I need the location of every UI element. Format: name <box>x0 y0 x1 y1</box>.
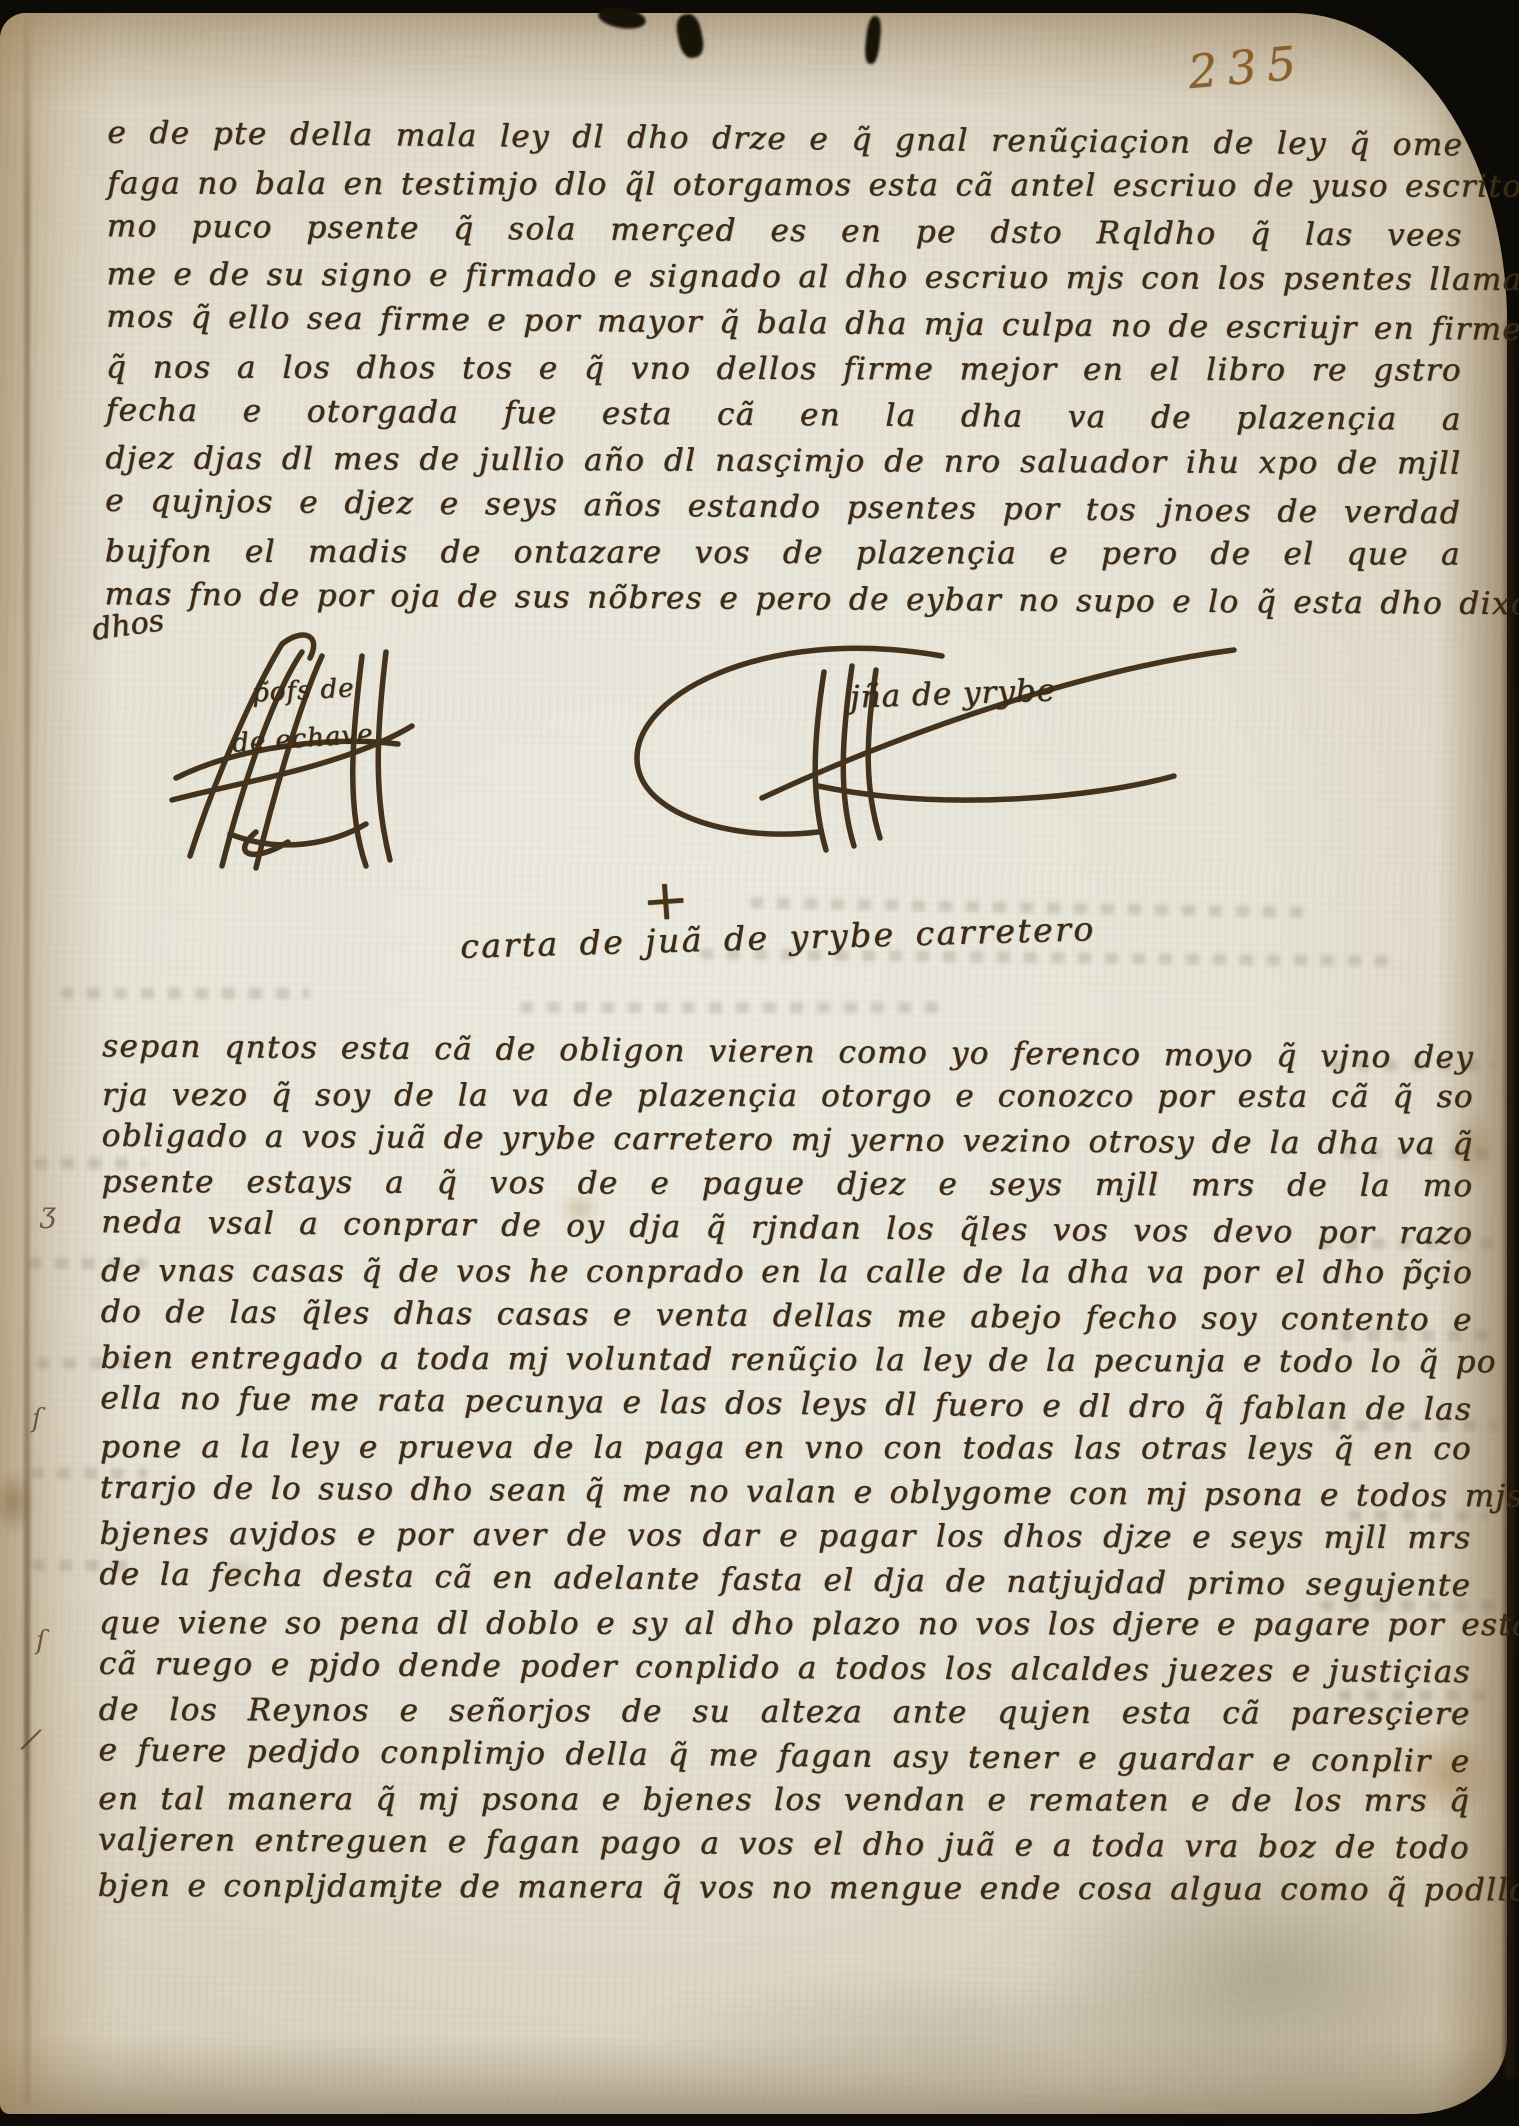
manuscript-line: bien entregado a toda mj voluntad renũçi… <box>101 1336 1473 1384</box>
manuscript-line: faga no bala en testimjo dlo q̃l otorgam… <box>107 160 1463 209</box>
manuscript-line: de la fecha desta cã en adelante fasta e… <box>99 1552 1471 1607</box>
manuscript-line: valjeren entreguen e fagan pago a vos el… <box>98 1818 1470 1870</box>
manuscript-line: trarjo de lo suso dho sean q̃ me no vala… <box>100 1466 1472 1518</box>
manuscript-line: cã ruego e pjdo dende poder conplido a t… <box>99 1642 1471 1694</box>
manuscript-photo: { "folio_number": "235", "colors": { "in… <box>0 0 1519 2126</box>
foxing-patch <box>640 1975 1280 2085</box>
manuscript-line: pone a la ley e prueva de la paga en vno… <box>100 1425 1472 1471</box>
manuscript-line: de los Reynos e señorjos de su alteza an… <box>99 1688 1471 1736</box>
bleed-through-line <box>60 988 310 999</box>
manuscript-line: bjen e conpljdamjte de manera q̃ vos no … <box>98 1864 1470 1912</box>
binding-crease <box>24 14 30 2104</box>
bleed-through-line <box>520 1002 940 1013</box>
rubric-flourish-icon <box>612 636 1262 871</box>
manuscript-line: bjenes avjdos e por aver de vos dar e pa… <box>100 1512 1472 1560</box>
manuscript-line: e de pte della mala ley dl dho drze e q̃… <box>107 110 1463 169</box>
text-block-first: e de pte della mala ley dl dho drze e q̃… <box>104 112 1463 626</box>
margin-mark: ʒ <box>40 1196 56 1229</box>
manuscript-line: que viene so pena dl doblo e sy al dho p… <box>99 1601 1471 1647</box>
manuscript-line: e qujnjos e djez e seys años estando pse… <box>105 478 1461 537</box>
margin-mark: ſ <box>36 1626 46 1656</box>
manuscript-line: obligado a vos juã de yrybe carretero mj… <box>102 1114 1474 1166</box>
text-block-second: sepan qntos esta cã de obligon vieren co… <box>98 1026 1475 1913</box>
signature-name-line: p̃ofs de <box>251 673 355 708</box>
manuscript-line: neda vsal a conprar de oy dja q̃ rjndan … <box>101 1200 1473 1255</box>
manuscript-line: rja vezo q̃ soy de la va de plazençia ot… <box>102 1073 1474 1119</box>
folio-number: 235 <box>1186 35 1308 99</box>
manuscript-line: fecha e otorgada fue esta cã en la dha v… <box>106 387 1462 442</box>
manuscript-line: q̃ nos a los dhos tos e q̃ vno dellos fi… <box>106 344 1462 393</box>
manuscript-line: e fuere pedjdo conplimjo della q̃ me fag… <box>98 1728 1470 1783</box>
notary-signature-rubric: p̃ofs de de echave <box>160 628 460 883</box>
margin-mark: ſ <box>32 1404 42 1434</box>
manuscript-line: psente estays a q̃ vos de e pague djez e… <box>101 1160 1473 1208</box>
manuscript-line: ella no fue me rata pecunya e las dos le… <box>100 1376 1472 1431</box>
signature-name-line: jña de yrybe <box>849 672 1056 715</box>
manuscript-line: mo puco psente q̃ sola merçed es en pe d… <box>107 203 1463 258</box>
manuscript-line: do de las q̃les dhas casas e venta della… <box>101 1290 1473 1342</box>
deckle-edge <box>1504 320 1515 2080</box>
rubric-flourish-icon <box>160 628 460 883</box>
manuscript-line: bujfon el madis de ontazare vos de plaze… <box>105 528 1461 577</box>
manuscript-line: de vnas casas q̃ de vos he conprado en l… <box>101 1249 1473 1295</box>
manuscript-line: en tal manera q̃ mj psona e bjenes los v… <box>98 1777 1470 1823</box>
party-signature-rubric: jña de yrybe <box>612 636 1262 871</box>
manuscript-line: mas fno de por oja de sus nõbres e pero … <box>104 571 1460 626</box>
manuscript-line: sepan qntos esta cã de obligon vieren co… <box>102 1024 1474 1079</box>
manuscript-line: mos q̃ ello sea firme e por mayor q̃ bal… <box>106 294 1462 353</box>
